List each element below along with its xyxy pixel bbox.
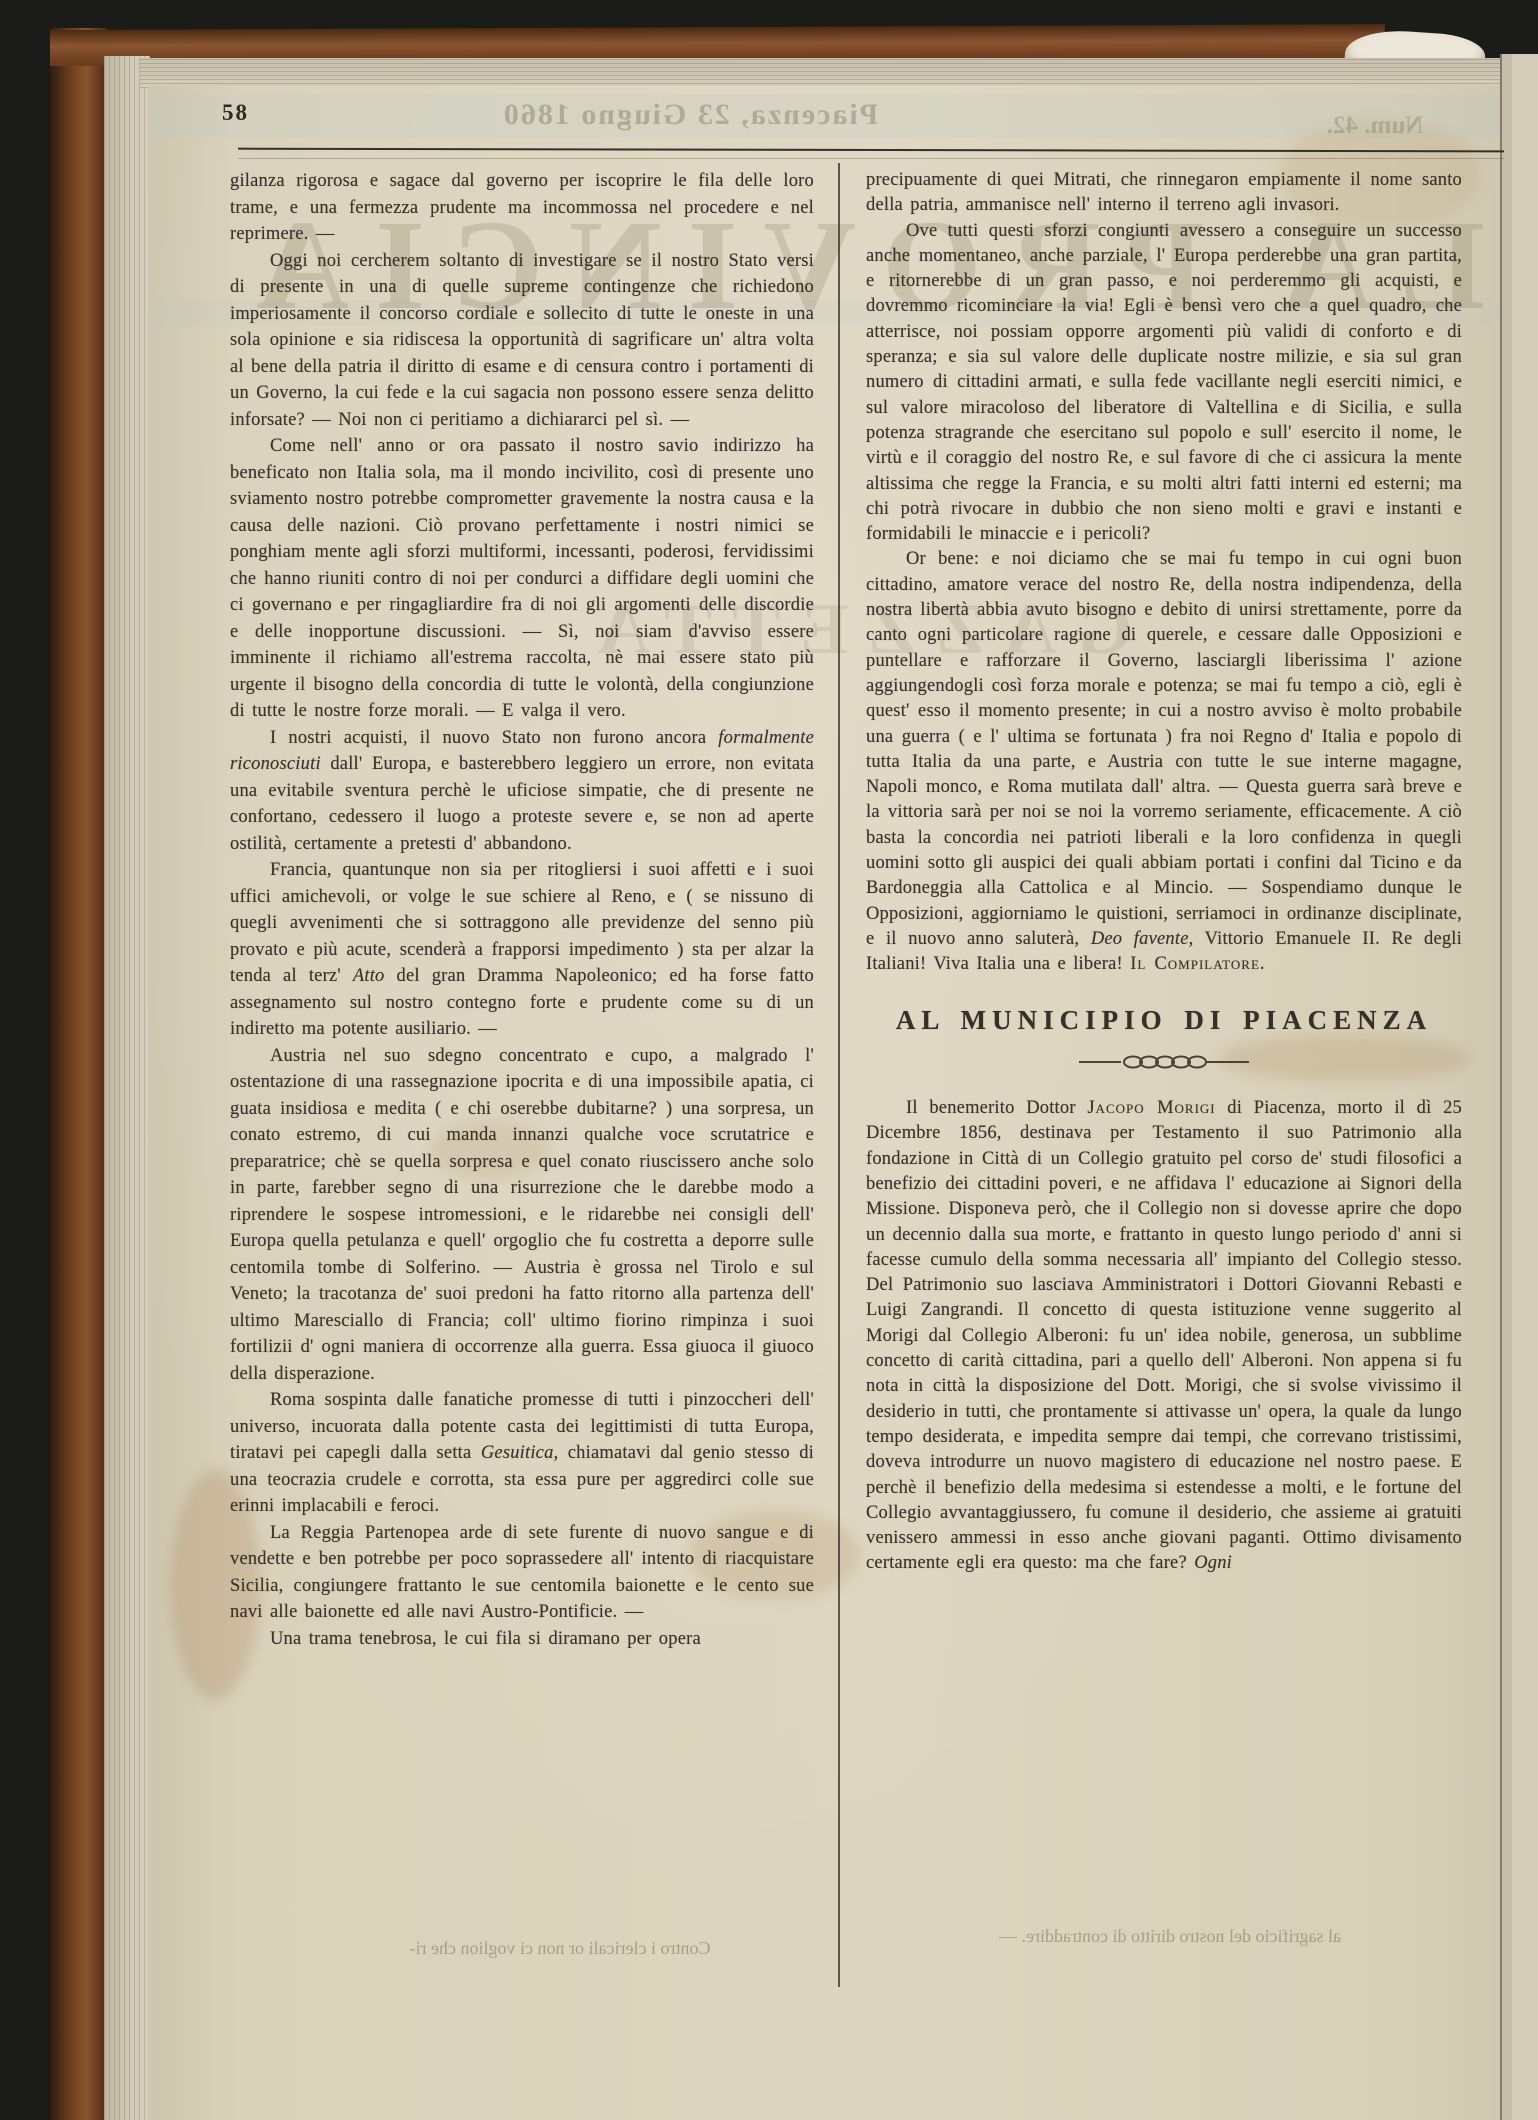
paragraph: Il benemerito Dottor Jacopo Morigi di Pi… bbox=[866, 1096, 1462, 1577]
paragraph: Roma sospinta dalle fanatiche promesse d… bbox=[230, 1387, 814, 1520]
text-run: Una trama tenebrosa, le cui fila si dira… bbox=[270, 1629, 701, 1649]
text-run: La Reggia Partenopea arde di sete furent… bbox=[230, 1523, 814, 1623]
paragraph: gilanza rigorosa e sagace dal governo pe… bbox=[230, 168, 814, 248]
chain-ornament-icon bbox=[1079, 1054, 1249, 1070]
text-run: Ove tutti questi sforzi congiunti avesse… bbox=[866, 221, 1462, 545]
book-spine bbox=[50, 28, 106, 2120]
text-run: Austria nel suo sdegno concentrato e cup… bbox=[230, 1046, 814, 1384]
paragraph: I nostri acquisti, il nuovo Stato non fu… bbox=[230, 725, 814, 858]
paragraph: Come nell' anno or ora passato il nostro… bbox=[230, 433, 814, 725]
column-divider-rule bbox=[838, 163, 840, 1987]
article-municipio-piacenza: Il benemerito Dottor Jacopo Morigi di Pi… bbox=[866, 1096, 1462, 1577]
text-run: I nostri acquisti, il nuovo Stato non fu… bbox=[270, 728, 718, 748]
text-run: Or bene: e noi diciamo che se mai fu tem… bbox=[866, 549, 1462, 948]
text-run: Deo favente bbox=[1091, 929, 1189, 949]
text-run: precipuamente di quei Mitrati, che rinne… bbox=[866, 170, 1462, 215]
ghost-issue-number: Num. 42. bbox=[1295, 112, 1455, 140]
text-run: Gesuitica, bbox=[481, 1443, 559, 1463]
text-run: Atto bbox=[353, 966, 385, 986]
paragraph: Oggi noi cercherem soltanto di investiga… bbox=[230, 248, 814, 434]
text-run: Ogni bbox=[1194, 1553, 1232, 1573]
page-fore-edge-top bbox=[140, 58, 1514, 88]
paragraph: Ove tutti questi sforzi congiunti avesse… bbox=[866, 219, 1462, 548]
paragraph: Una trama tenebrosa, le cui fila si dira… bbox=[230, 1626, 814, 1653]
paragraph: Austria nel suo sdegno concentrato e cup… bbox=[230, 1043, 814, 1388]
paragraph: La Reggia Partenopea arde di sete furent… bbox=[230, 1520, 814, 1626]
right-column: precipuamente di quei Mitrati, che rinne… bbox=[866, 168, 1462, 1982]
text-run: di Piacenza, morto il dì 25 Dicembre 185… bbox=[866, 1098, 1462, 1573]
text-run: Jacopo Morigi bbox=[1087, 1098, 1215, 1118]
article-heading: AL MUNICIPIO DI PIACENZA bbox=[866, 1008, 1462, 1033]
paragraph: Or bene: e noi diciamo che se mai fu tem… bbox=[866, 547, 1462, 977]
text-run: Il Compilatore. bbox=[1130, 954, 1265, 974]
paragraph: precipuamente di quei Mitrati, che rinne… bbox=[866, 168, 1462, 219]
article-vigilanza-continuation: precipuamente di quei Mitrati, che rinne… bbox=[866, 168, 1462, 978]
text-run: Come nell' anno or ora passato il nostro… bbox=[230, 436, 814, 721]
heading-ornament bbox=[866, 1049, 1462, 1074]
header-rule-faint bbox=[238, 158, 1504, 159]
text-run: gilanza rigorosa e sagace dal governo pe… bbox=[230, 171, 814, 244]
left-column: gilanza rigorosa e sagace dal governo pe… bbox=[230, 168, 814, 1960]
text-run: Il benemerito Dottor bbox=[906, 1098, 1087, 1118]
page-fore-edge-right bbox=[1500, 54, 1538, 2120]
ghost-header-date: Piacenza, 23 Giugno 1860 bbox=[420, 98, 960, 132]
page-number: 58 bbox=[222, 100, 249, 126]
text-run: Oggi noi cercherem soltanto di investiga… bbox=[230, 251, 814, 430]
paragraph: Francia, quantunque non sia per ritoglie… bbox=[230, 857, 814, 1043]
page-fore-edge-left bbox=[104, 56, 150, 2120]
